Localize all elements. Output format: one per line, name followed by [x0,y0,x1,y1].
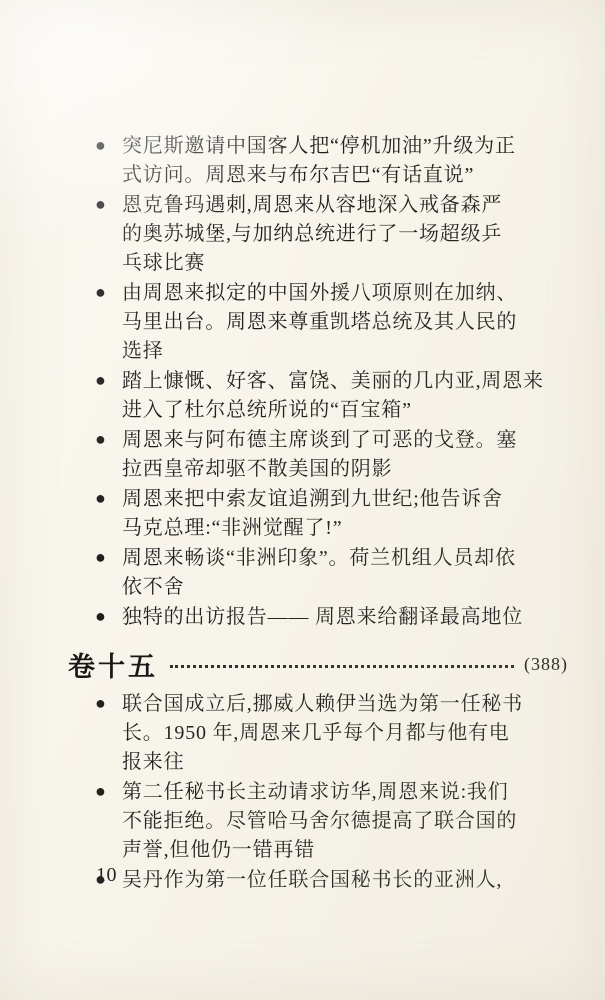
toc-line-text: 拉西皇帝却驱不散美国的阴影 [122,458,392,480]
toc-line: ●周恩来把中索友谊追溯到九世纪;他告诉舍 [95,484,568,514]
bullet-icon: ● [95,425,122,454]
toc-entry: ●吴丹作为第一位任联合国秘书长的亚洲人, [95,865,568,895]
section-page-ref: (388) [524,654,568,675]
bullet-icon: ● [95,366,122,395]
bullet-icon: ● [95,190,122,219]
toc-entry: ●第二任秘书长主动请求访华,周恩来说:我们不能拒绝。尽管哈马舍尔德提高了联合国的… [95,777,568,865]
section-title: 卷十五 [68,645,158,684]
bullet-icon: ● [95,484,122,513]
toc-line: 式访问。周恩来与布尔吉巴“有话直说” [95,161,568,190]
toc-line: 的奥苏城堡,与加纳总统进行了一场超级乒 [95,220,568,249]
toc-line-text: 联合国成立后,挪威人赖伊当选为第一任秘书 [122,693,523,715]
toc-entry: ●联合国成立后,挪威人赖伊当选为第一任秘书长。1950 年,周恩来几乎每个月都与… [95,689,568,777]
toc-line-text: 进入了杜尔总统所说的“百宝箱” [122,399,412,421]
toc-line-text: 周恩来把中索友谊追溯到九世纪;他告诉舍 [122,488,503,510]
toc-line: 选择 [95,337,568,366]
bullet-icon: ● [95,777,122,806]
toc-line: 拉西皇帝却驱不散美国的阴影 [95,455,568,484]
toc-entry: ●周恩来畅谈“非洲印象”。荷兰机组人员却依依不舍 [95,543,568,602]
toc-line: 长。1950 年,周恩来几乎每个月都与他有电 [95,719,568,748]
toc-line: ●联合国成立后,挪威人赖伊当选为第一任秘书 [95,689,568,719]
toc-line: 报来往 [95,748,568,777]
toc-line: ●由周恩来拟定的中国外援八项原则在加纳、 [95,278,568,308]
toc-entry: ●独特的出访报告—— 周恩来给翻译最高地位 [95,602,568,632]
toc-line-text: 的奥苏城堡,与加纳总统进行了一场超级乒 [122,223,502,245]
toc-line-text: 长。1950 年,周恩来几乎每个月都与他有电 [122,722,510,744]
toc-line: 不能拒绝。尽管哈马舍尔德提高了联合国的 [95,807,568,836]
toc-line: 依不舍 [95,573,568,602]
toc-line: ●踏上慷慨、好客、富饶、美丽的几内亚,周恩来 [95,366,568,396]
toc-line: ●周恩来畅谈“非洲印象”。荷兰机组人员却依 [95,543,568,573]
toc-line-text: 报来往 [122,751,184,773]
toc-line: 乓球比赛 [95,249,568,278]
toc-entry: ●恩克鲁玛遇刺,周恩来从容地深入戒备森严的奥苏城堡,与加纳总统进行了一场超级乒乓… [95,190,568,278]
toc-line-text: 式访问。周恩来与布尔吉巴“有话直说” [122,164,474,186]
toc-line-text: 依不舍 [122,576,184,598]
toc-entry: ●周恩来把中索友谊追溯到九世纪;他告诉舍马克总理:“非洲觉醒了!” [95,484,568,543]
toc-line-text: 声誉,但他仍一错再错 [122,839,315,861]
toc-line: 马里出台。周恩来尊重凯塔总统及其人民的 [95,308,568,337]
toc-line-text: 不能拒绝。尽管哈马舍尔德提高了联合国的 [122,810,517,832]
toc-line-text: 踏上慷慨、好客、富饶、美丽的几内亚,周恩来 [122,370,544,392]
toc-line: ●第二任秘书长主动请求访华,周恩来说:我们 [95,777,568,807]
toc-line-text: 突尼斯邀请中国客人把“停机加油”升级为正 [122,135,516,157]
toc-line-text: 周恩来与阿布德主席谈到了可恶的戈登。塞 [122,429,517,451]
toc-list-bottom: ●联合国成立后,挪威人赖伊当选为第一任秘书长。1950 年,周恩来几乎每个月都与… [95,689,568,895]
bullet-icon: ● [95,602,122,631]
toc-line-text: 第二任秘书长主动请求访华,周恩来说:我们 [122,781,509,803]
toc-line: ●突尼斯邀请中国客人把“停机加油”升级为正 [95,131,568,161]
toc-entry: ●踏上慷慨、好客、富饶、美丽的几内亚,周恩来进入了杜尔总统所说的“百宝箱” [95,366,568,425]
toc-line-text: 马里出台。周恩来尊重凯塔总统及其人民的 [122,311,517,333]
toc-list-top: ●突尼斯邀请中国客人把“停机加油”升级为正式访问。周恩来与布尔吉巴“有话直说”●… [95,131,568,632]
toc-line: 进入了杜尔总统所说的“百宝箱” [95,396,568,425]
dotted-leader [170,665,514,668]
toc-entry: ●由周恩来拟定的中国外援八项原则在加纳、马里出台。周恩来尊重凯塔总统及其人民的选… [95,278,568,366]
toc-line: ●独特的出访报告—— 周恩来给翻译最高地位 [95,602,568,632]
bullet-icon: ● [95,131,122,160]
toc-line-text: 周恩来畅谈“非洲印象”。荷兰机组人员却依 [122,547,516,569]
book-page: ●突尼斯邀请中国客人把“停机加油”升级为正式访问。周恩来与布尔吉巴“有话直说”●… [0,0,605,1000]
toc-line-text: 马克总理:“非洲觉醒了!” [122,517,342,539]
bullet-icon: ● [95,689,122,718]
page-number: 10 [96,864,117,887]
toc-line: 声誉,但他仍一错再错 [95,836,568,865]
bullet-icon: ● [95,543,122,572]
toc-line: ●恩克鲁玛遇刺,周恩来从容地深入戒备森严 [95,190,568,220]
toc-line: ●吴丹作为第一位任联合国秘书长的亚洲人, [95,865,568,895]
toc-content: ●突尼斯邀请中国客人把“停机加油”升级为正式访问。周恩来与布尔吉巴“有话直说”●… [68,131,568,895]
toc-line: 马克总理:“非洲觉醒了!” [95,514,568,543]
toc-line-text: 乓球比赛 [122,252,205,274]
toc-line-text: 选择 [122,340,164,362]
section-heading-row: 卷十五 (388) [68,646,568,682]
toc-line: ●周恩来与阿布德主席谈到了可恶的戈登。塞 [95,425,568,455]
toc-entry: ●突尼斯邀请中国客人把“停机加油”升级为正式访问。周恩来与布尔吉巴“有话直说” [95,131,568,190]
toc-line-text: 由周恩来拟定的中国外援八项原则在加纳、 [122,282,517,304]
toc-line-text: 独特的出访报告—— 周恩来给翻译最高地位 [122,606,523,628]
toc-line-text: 恩克鲁玛遇刺,周恩来从容地深入戒备森严 [122,194,502,216]
toc-entry: ●周恩来与阿布德主席谈到了可恶的戈登。塞拉西皇帝却驱不散美国的阴影 [95,425,568,484]
bullet-icon: ● [95,278,122,307]
toc-line-text: 吴丹作为第一位任联合国秘书长的亚洲人, [122,869,502,891]
